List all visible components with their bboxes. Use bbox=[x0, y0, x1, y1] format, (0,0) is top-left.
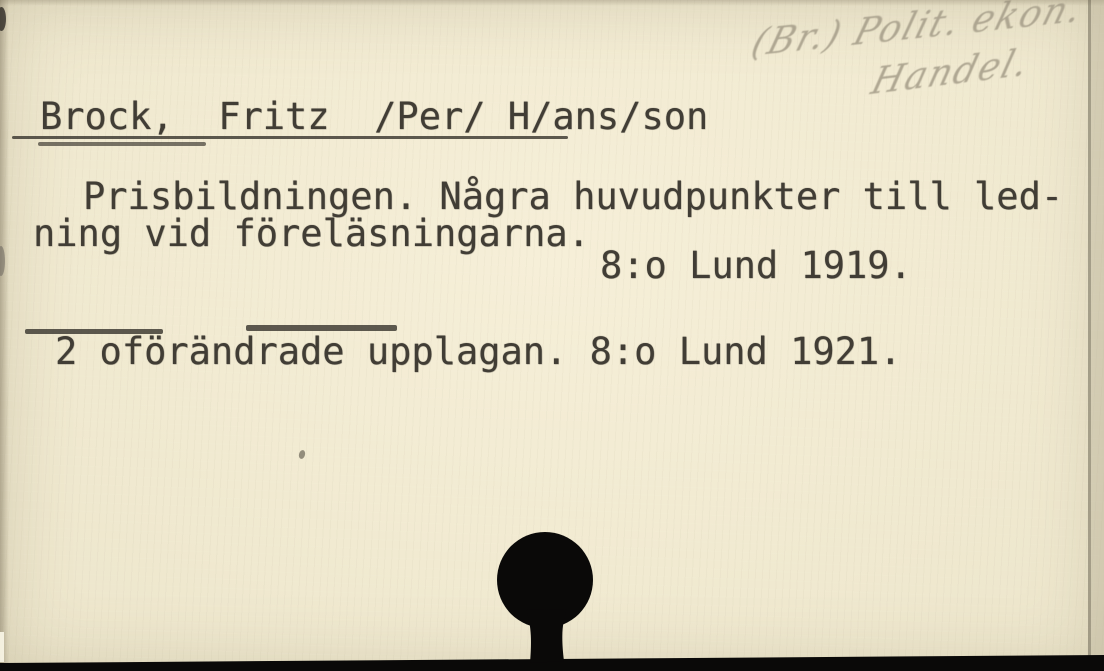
keyhole-punch bbox=[0, 0, 1104, 671]
catalog-card: (Br.) Polit. ekon. Handel. Brock, Fritz … bbox=[0, 0, 1104, 671]
